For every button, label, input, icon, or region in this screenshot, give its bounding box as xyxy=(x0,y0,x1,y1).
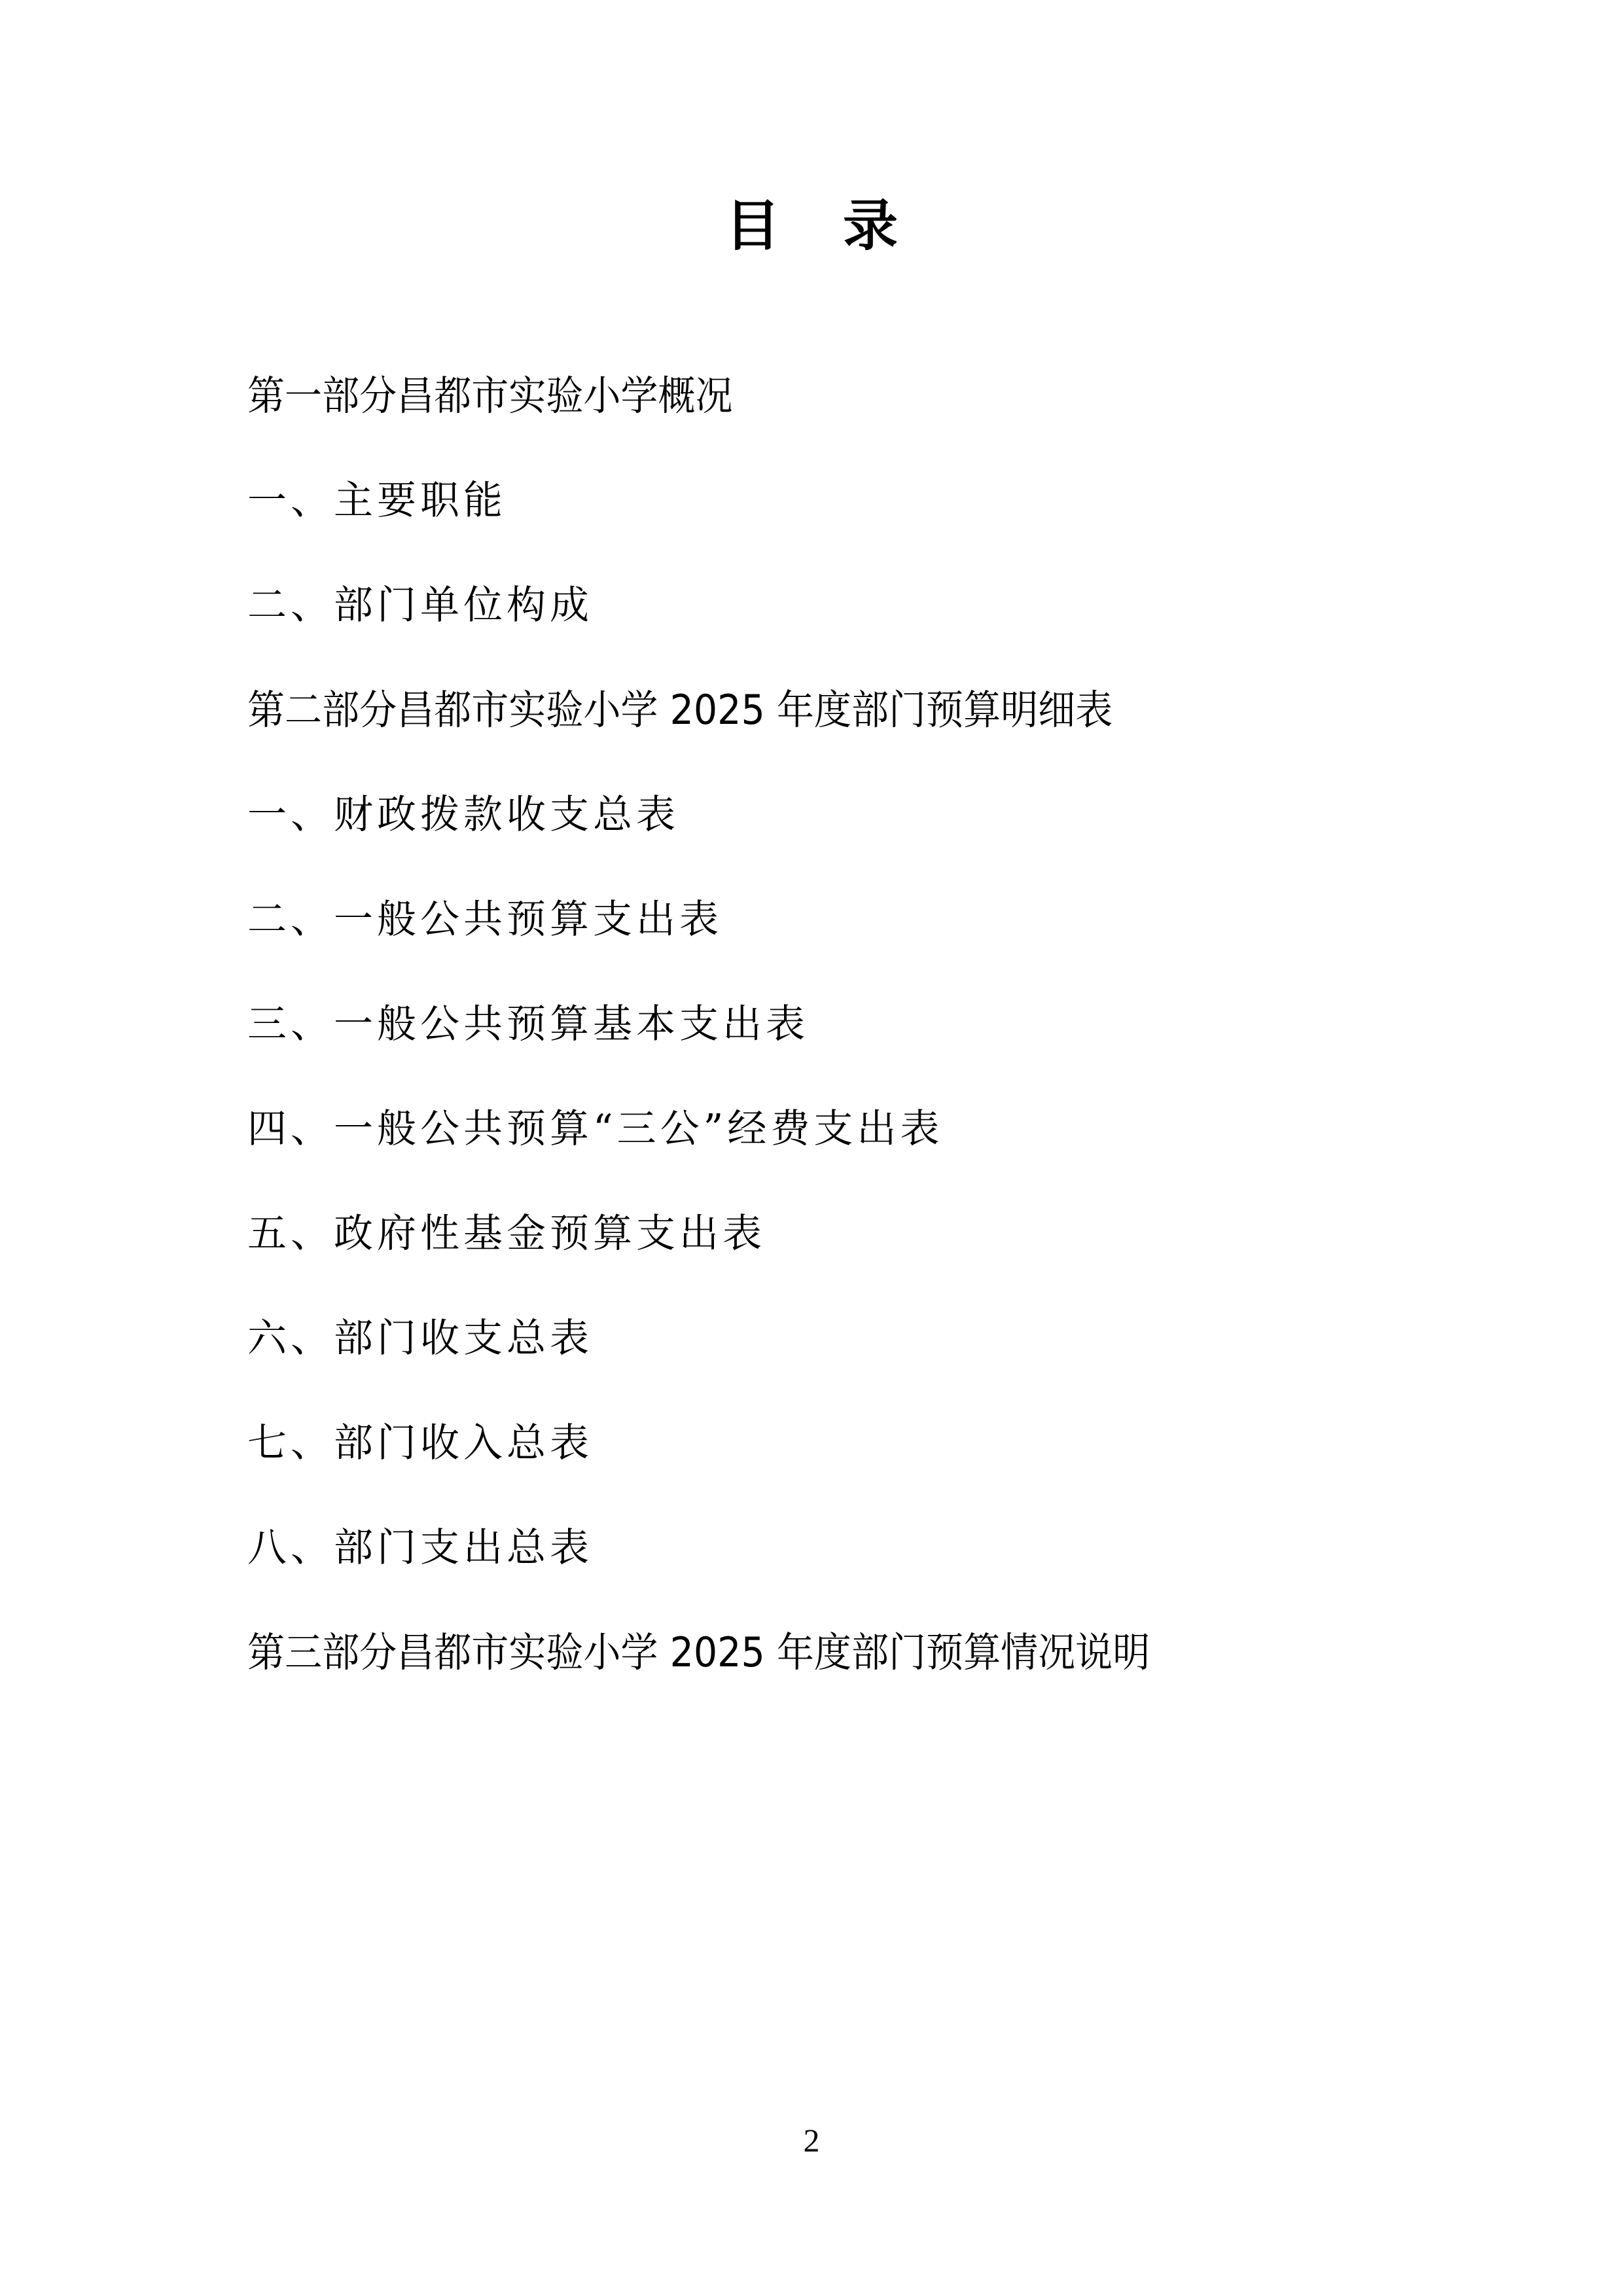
toc-item-department-revenue[interactable]: 七、部门收入总表 xyxy=(247,1417,593,1469)
toc-item-government-fund-expenditure[interactable]: 五、政府性基金预算支出表 xyxy=(247,1208,766,1260)
toc-part-1[interactable]: 第一部分昌都市实验小学概况 xyxy=(247,370,733,422)
page-number: 2 xyxy=(0,2121,1623,2160)
toc-item-general-public-budget-expenditure[interactable]: 二、一般公共预算支出表 xyxy=(247,893,722,946)
toc-item-fiscal-appropriation-summary[interactable]: 一、财政拨款收支总表 xyxy=(247,789,679,841)
toc-item-main-functions[interactable]: 一、主要职能 xyxy=(247,475,507,527)
toc-title-char-2: 录 xyxy=(843,193,898,258)
toc-title: 目录 xyxy=(0,190,1623,262)
toc-part-2[interactable]: 第二部分昌都市实验小学 2025 年度部门预算明细表 xyxy=(247,684,1113,736)
toc-item-general-public-basic-expenditure[interactable]: 三、一般公共预算基本支出表 xyxy=(247,998,809,1050)
toc-item-department-expenditure[interactable]: 八、部门支出总表 xyxy=(247,1522,593,1574)
toc-item-department-revenue-expenditure[interactable]: 六、部门收支总表 xyxy=(247,1312,593,1365)
toc-item-three-public-expenses[interactable]: 四、一般公共预算“三公”经费支出表 xyxy=(247,1103,943,1155)
toc-part-3[interactable]: 第三部分昌都市实验小学 2025 年度部门预算情况说明 xyxy=(247,1626,1150,1679)
document-page: 目录 第一部分昌都市实验小学概况 一、主要职能 二、部门单位构成 第二部分昌都市… xyxy=(0,0,1623,2296)
toc-title-char-1: 目 xyxy=(725,193,780,258)
toc-item-unit-composition[interactable]: 二、部门单位构成 xyxy=(247,579,593,632)
